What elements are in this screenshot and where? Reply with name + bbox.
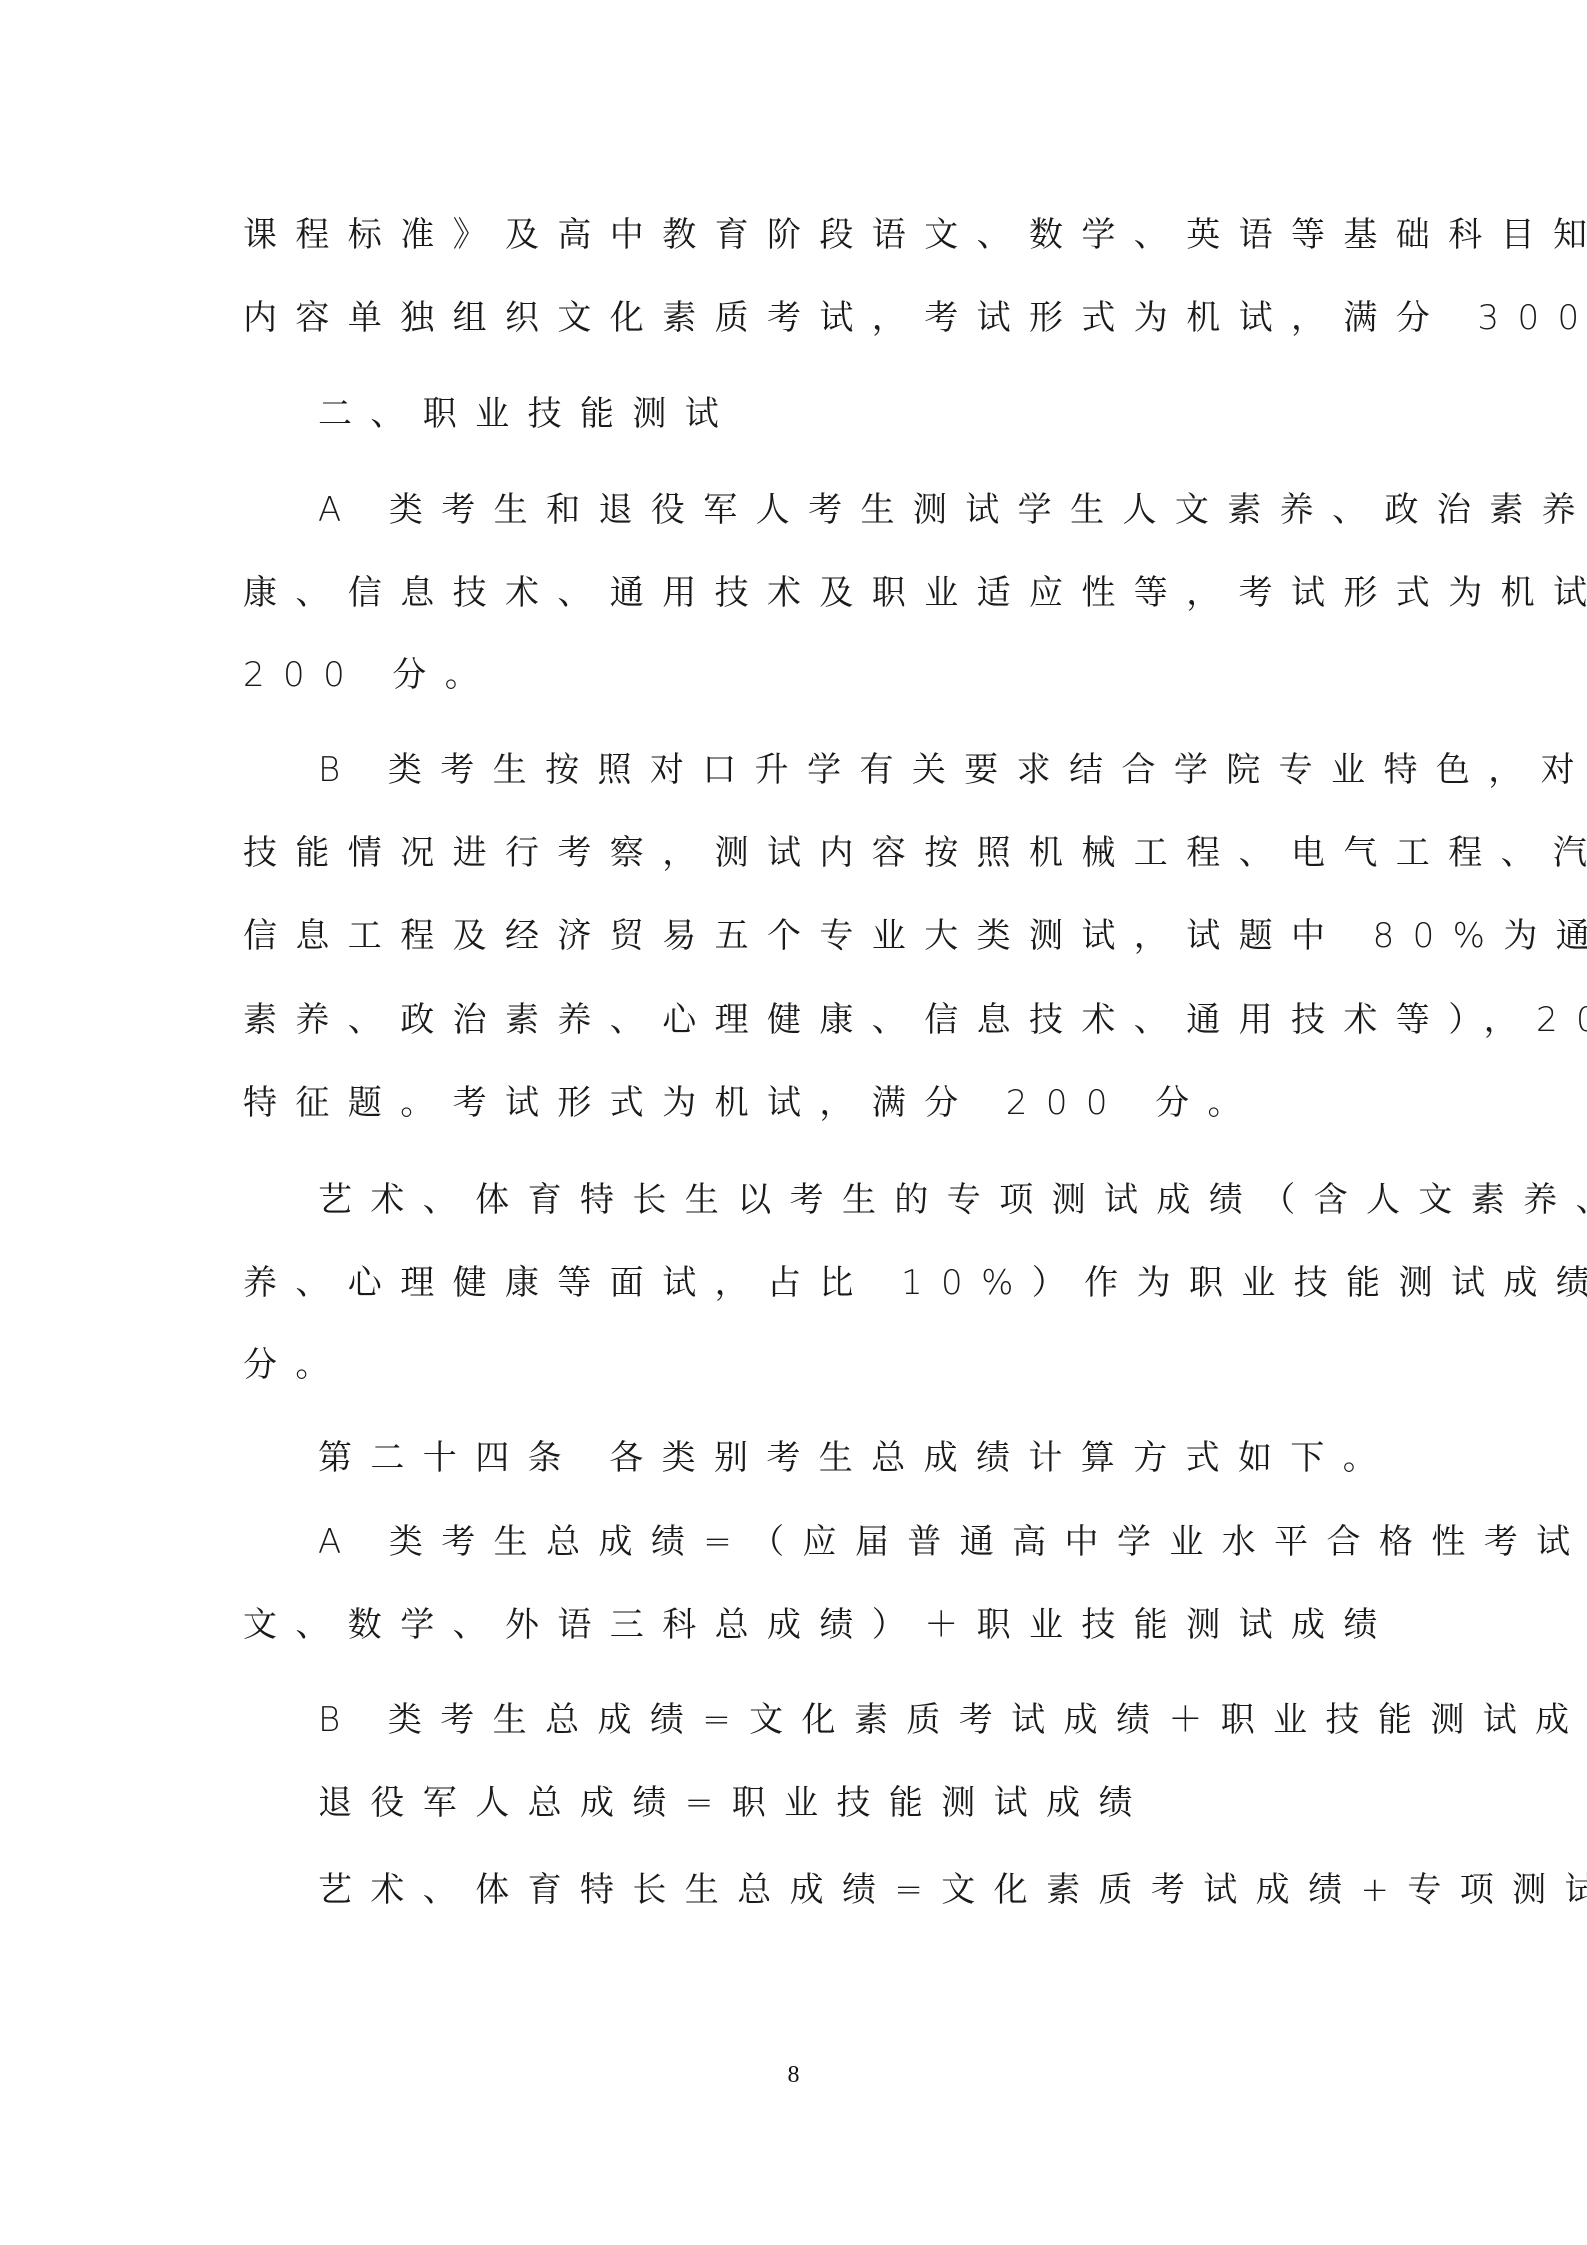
article-24-heading: 第二十四条 各类别考生总成绩计算方式如下。 bbox=[318, 1438, 1395, 1478]
section-heading-vocational-skills-test: 二、职业技能测试 bbox=[318, 394, 737, 434]
paragraph-art-sports-line-2: 养、心理健康等面试，占比 10%）作为职业技能测试成绩，满分 200 bbox=[243, 1263, 1587, 1303]
document-page: 课程标准》及高中教育阶段语文、数学、英语等基础科目知识等有关 内容单独组织文化素… bbox=[0, 0, 1587, 2245]
paragraph-continuation-line-1: 课程标准》及高中教育阶段语文、数学、英语等基础科目知识等有关 bbox=[243, 215, 1587, 255]
paragraph-b-class-line-1: B 类考生按照对口升学有关要求结合学院专业特色，对学生职业 bbox=[318, 750, 1587, 790]
paragraph-a-class-line-3: 200 分。 bbox=[243, 655, 497, 695]
paragraph-b-class-line-4: 素养、政治素养、心理健康、信息技术、通用技术等），20%为专业 bbox=[243, 1000, 1587, 1040]
page-number: 8 bbox=[0, 2062, 1587, 2089]
paragraph-continuation-line-2: 内容单独组织文化素质考试，考试形式为机试，满分 300 分。 bbox=[243, 298, 1587, 338]
formula-b-class: B 类考生总成绩=文化素质考试成绩＋职业技能测试成绩 bbox=[318, 1700, 1587, 1740]
paragraph-a-class-line-1: A 类考生和退役军人考生测试学生人文素养、政治素养、心理健 bbox=[318, 490, 1587, 530]
paragraph-a-class-line-2: 康、信息技术、通用技术及职业适应性等，考试形式为机试，满分 bbox=[243, 573, 1587, 613]
formula-a-class-line-2: 文、数学、外语三科总成绩）＋职业技能测试成绩 bbox=[243, 1605, 1396, 1645]
formula-art-sports: 艺术、体育特长生总成绩=文化素质考试成绩+专项测试成绩 bbox=[318, 1870, 1587, 1910]
formula-a-class-line-1: A 类考生总成绩=（应届普通高中学业水平合格性考试成绩中语 bbox=[318, 1522, 1587, 1562]
paragraph-b-class-line-3: 信息工程及经济贸易五个专业大类测试，试题中 80%为通用题（人文 bbox=[243, 916, 1587, 956]
paragraph-art-sports-line-1: 艺术、体育特长生以考生的专项测试成绩（含人文素养、政治素 bbox=[318, 1180, 1587, 1220]
paragraph-b-class-line-2: 技能情况进行考察，测试内容按照机械工程、电气工程、汽车工程、 bbox=[243, 833, 1587, 873]
paragraph-b-class-line-5: 特征题。考试形式为机试，满分 200 分。 bbox=[243, 1083, 1260, 1123]
paragraph-art-sports-line-3: 分。 bbox=[243, 1345, 348, 1385]
formula-veterans: 退役军人总成绩=职业技能测试成绩 bbox=[318, 1783, 1151, 1823]
